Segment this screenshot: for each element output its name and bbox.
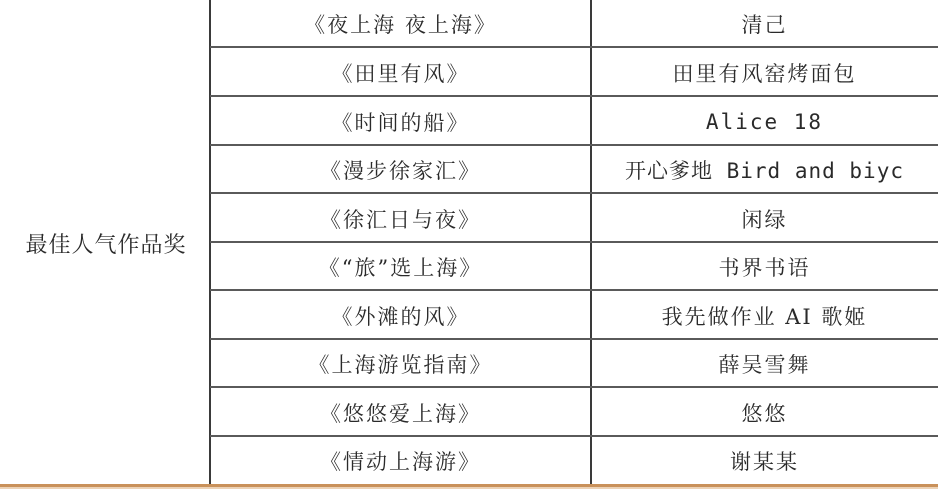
- table-row: 《田里有风》 田里有风窑烤面包: [210, 48, 938, 97]
- author-name: 田里有风窑烤面包: [591, 58, 938, 88]
- author-name: 我先做作业 AI 歌姬: [591, 301, 938, 331]
- author-name: 闲绿: [591, 204, 938, 234]
- table-row: 《夜上海 夜上海》 清己: [210, 0, 938, 48]
- table-row: 《悠悠爱上海》 悠悠: [210, 388, 938, 437]
- category-cell: 最佳人气作品奖: [0, 0, 210, 486]
- author-name: 开心爹地 Bird and biyc: [591, 155, 938, 185]
- work-title: 《徐汇日与夜》: [210, 204, 591, 234]
- award-rows: 《夜上海 夜上海》 清己 《田里有风》 田里有风窑烤面包 《时间的船》 Alic…: [210, 0, 938, 486]
- author-name: 薛吴雪舞: [591, 349, 938, 379]
- work-title: 《上海游览指南》: [210, 349, 591, 379]
- work-title: 《夜上海 夜上海》: [210, 9, 591, 39]
- work-title: 《时间的船》: [210, 107, 591, 137]
- table-row: 《时间的船》 Alice 18: [210, 97, 938, 146]
- work-title: 《情动上海游》: [210, 446, 591, 476]
- author-name: 悠悠: [591, 398, 938, 428]
- award-table: 最佳人气作品奖 《夜上海 夜上海》 清己 《田里有风》 田里有风窑烤面包 《时间…: [0, 0, 938, 486]
- table-row: 《外滩的风》 我先做作业 AI 歌姬: [210, 291, 938, 340]
- table-row: 《“旅”选上海》 书界书语: [210, 243, 938, 291]
- work-title: 《田里有风》: [210, 58, 591, 88]
- work-title: 《外滩的风》: [210, 301, 591, 331]
- table-row: 《上海游览指南》 薛吴雪舞: [210, 340, 938, 388]
- work-title: 《漫步徐家汇》: [210, 155, 591, 185]
- work-title: 《“旅”选上海》: [210, 252, 591, 282]
- table-row: 《情动上海游》 谢某某: [210, 437, 938, 484]
- table-bottom-rule-shadow: [0, 487, 938, 489]
- author-name: 谢某某: [591, 446, 938, 476]
- author-name: 清己: [591, 9, 938, 39]
- table-row: 《徐汇日与夜》 闲绿: [210, 194, 938, 243]
- category-label: 最佳人气作品奖: [25, 228, 186, 259]
- work-title: 《悠悠爱上海》: [210, 398, 591, 428]
- table-row: 《漫步徐家汇》 开心爹地 Bird and biyc: [210, 146, 938, 194]
- author-name: Alice 18: [591, 110, 938, 134]
- author-name: 书界书语: [591, 252, 938, 282]
